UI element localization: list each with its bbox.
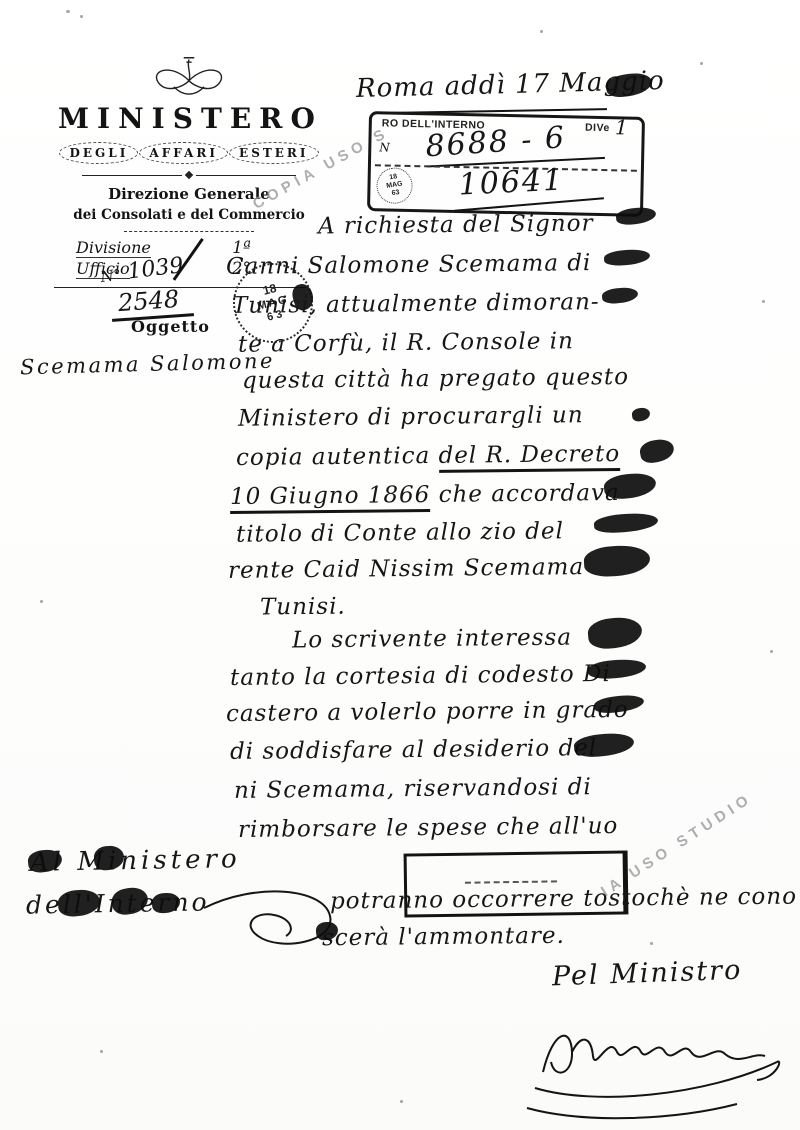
ink-smudge bbox=[583, 544, 650, 577]
paper-speck bbox=[80, 15, 83, 18]
ink-smudge bbox=[638, 437, 675, 465]
body-line: castero a volerlo porre in grado bbox=[226, 697, 629, 727]
underlined-text: 10 Giugno 1866 bbox=[230, 482, 431, 514]
body-line: tanto la cortesia di codesto Di bbox=[230, 661, 611, 691]
underlined-text: del R. Decreto bbox=[438, 441, 620, 473]
subtitle-word: DEGLI bbox=[59, 142, 138, 164]
body-line: rente Caid Nissim Scemama bbox=[228, 554, 584, 584]
body-line: di soddisfare al desiderio del bbox=[230, 735, 597, 765]
diamond-ornament bbox=[185, 171, 193, 179]
paper-speck bbox=[100, 1050, 103, 1053]
registry-round-stamp: 18 MAG 63 bbox=[374, 165, 415, 206]
paper-speck bbox=[762, 300, 765, 303]
ink-smudge bbox=[604, 248, 651, 266]
ink-smudge bbox=[631, 407, 651, 422]
paper-speck bbox=[400, 1100, 403, 1103]
registry-number-bottom: 10641 bbox=[458, 163, 565, 203]
number-label: N° bbox=[99, 266, 122, 286]
signature-flourish bbox=[525, 1000, 795, 1125]
body-line: Canni Salomone Scemama di bbox=[226, 250, 592, 280]
body-text: che accordava bbox=[430, 480, 620, 508]
ink-smudge bbox=[603, 471, 657, 500]
body-line: potranno occorrere tostochè ne cono bbox=[330, 884, 797, 915]
body-line: scerà l'ammontare. bbox=[322, 923, 565, 952]
paper-speck bbox=[700, 62, 703, 65]
paper-speck bbox=[540, 30, 543, 33]
body-line: Tunisi. bbox=[260, 594, 346, 621]
division-label: Divisione bbox=[76, 238, 151, 258]
ministry-title: MINISTERO bbox=[58, 102, 320, 135]
registry-div-label: DIVe bbox=[585, 122, 610, 135]
paper-speck bbox=[770, 650, 773, 653]
body-line: ni Scemama, riservandosi di bbox=[234, 774, 592, 804]
body-line: Ministero di procurargli un bbox=[238, 402, 584, 432]
body-line: 10 Giugno 1866 che accordava bbox=[230, 480, 620, 510]
body-line: copia autentica del R. Decreto bbox=[236, 441, 620, 471]
stamp-year: 63 bbox=[391, 189, 400, 198]
paper-speck bbox=[66, 10, 70, 13]
subtitle-word: ESTERI bbox=[229, 142, 318, 164]
dashed-rule bbox=[124, 231, 254, 232]
body-line: A richiesta del Signor bbox=[318, 211, 594, 240]
paper-speck bbox=[40, 600, 43, 603]
subtitle-word: AFFARI bbox=[139, 142, 228, 164]
ink-smudge bbox=[593, 512, 658, 534]
registry-stamp-box: RO DELL'INTERNO DIVe 1 N 8688 - 6 18 MAG… bbox=[367, 111, 645, 217]
scanned-letter-page: MINISTERO DEGLI AFFARI ESTERI Direzione … bbox=[0, 0, 800, 1130]
ministry-subtitle: DEGLI AFFARI ESTERI bbox=[58, 142, 320, 164]
closing-pel-ministro: Pel Ministro bbox=[552, 955, 743, 993]
body-line: questa città ha pregato questo bbox=[242, 364, 629, 394]
body-line: rimborsare le spese che all'uo bbox=[238, 813, 619, 843]
body-line: te a Corfù, il R. Console in bbox=[238, 328, 574, 358]
body-line: titolo di Conte allo zio del bbox=[236, 518, 564, 547]
paper-speck bbox=[650, 942, 653, 945]
stamp-box-dash bbox=[465, 880, 557, 883]
registry-div-value: 1 bbox=[615, 115, 628, 139]
direction-line2: dei Consolati e del Commercio bbox=[58, 207, 320, 223]
body-line: Lo scrivente interessa bbox=[292, 625, 572, 654]
letterhead-flourish-ornament bbox=[139, 56, 239, 100]
margin-subject-note: Scemama Salomone bbox=[20, 349, 275, 380]
registry-no-label: N bbox=[379, 140, 390, 154]
ink-smudge bbox=[587, 616, 643, 651]
protocol-number-bottom: 2548 bbox=[117, 285, 180, 317]
ink-smudge bbox=[601, 286, 638, 304]
ornamental-rule bbox=[58, 172, 320, 178]
address-swirl-flourish bbox=[196, 878, 346, 958]
subject-label: Oggetto bbox=[131, 317, 210, 336]
body-line: Tunisi, attualmente dimoran- bbox=[232, 289, 600, 319]
body-text: copia autentica bbox=[236, 443, 439, 471]
